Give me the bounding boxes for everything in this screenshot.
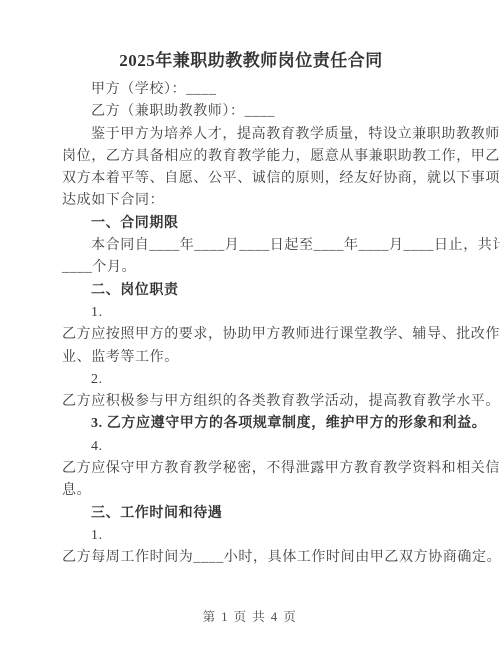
document-line: 2. [62,369,440,391]
document-line: 业、监考等工作。 [62,347,440,369]
document-line: 息。 [62,480,440,502]
document-line: 本合同自____年____月____日起至____年____月____日止，共计… [62,235,440,257]
document-line: 4. [62,436,440,458]
document-line: 甲方（学校）：____ [62,79,440,101]
document-line: 1. [62,302,440,324]
document-line: 3. 乙方应遵守甲方的各项规章制度，维护甲方的形象和利益。 [62,413,440,435]
document-line: 二、岗位职责 [62,280,440,302]
page-number-text: 第 1 页 共 4 页 [203,610,298,624]
document-title: 2025年兼职助教教师岗位责任合同 [62,50,440,72]
document-line: 三、工作时间和待遇 [62,503,440,525]
document-line: 双方本着平等、自愿、公平、诚信的原则，经友好协商，就以下事项 [62,168,440,190]
document-line: 岗位，乙方具备相应的教育教学能力，愿意从事兼职助教工作，甲乙 [62,146,440,168]
document-line: 乙方应按照甲方的要求，协助甲方教师进行课堂教学、辅导、批改作 [62,324,440,346]
document-line: 乙方应积极参与甲方组织的各类教育教学活动，提高教育教学水平。 [62,391,440,413]
document-line: 一、合同期限 [62,213,440,235]
document-line: 1. [62,525,440,547]
document-line: 达成如下合同： [62,190,440,212]
document-line: 乙方每周工作时间为____小时，具体工作时间由甲乙双方协商确定。 [62,547,440,569]
document-line: 乙方应保守甲方教育教学秘密，不得泄露甲方教育教学资料和相关信 [62,458,440,480]
document-page: 2025年兼职助教教师岗位责任合同 甲方（学校）：____乙方（兼职助教教师）：… [0,0,500,647]
document-body: 甲方（学校）：____乙方（兼职助教教师）：____鉴于甲方为培养人才，提高教育… [62,79,440,570]
document-line: 鉴于甲方为培养人才，提高教育教学质量，特设立兼职助教教师 [62,124,440,146]
page-footer: 第 1 页 共 4 页 [0,607,500,625]
document-line: 乙方（兼职助教教师）：____ [62,101,440,123]
document-line: ____个月。 [62,257,440,279]
